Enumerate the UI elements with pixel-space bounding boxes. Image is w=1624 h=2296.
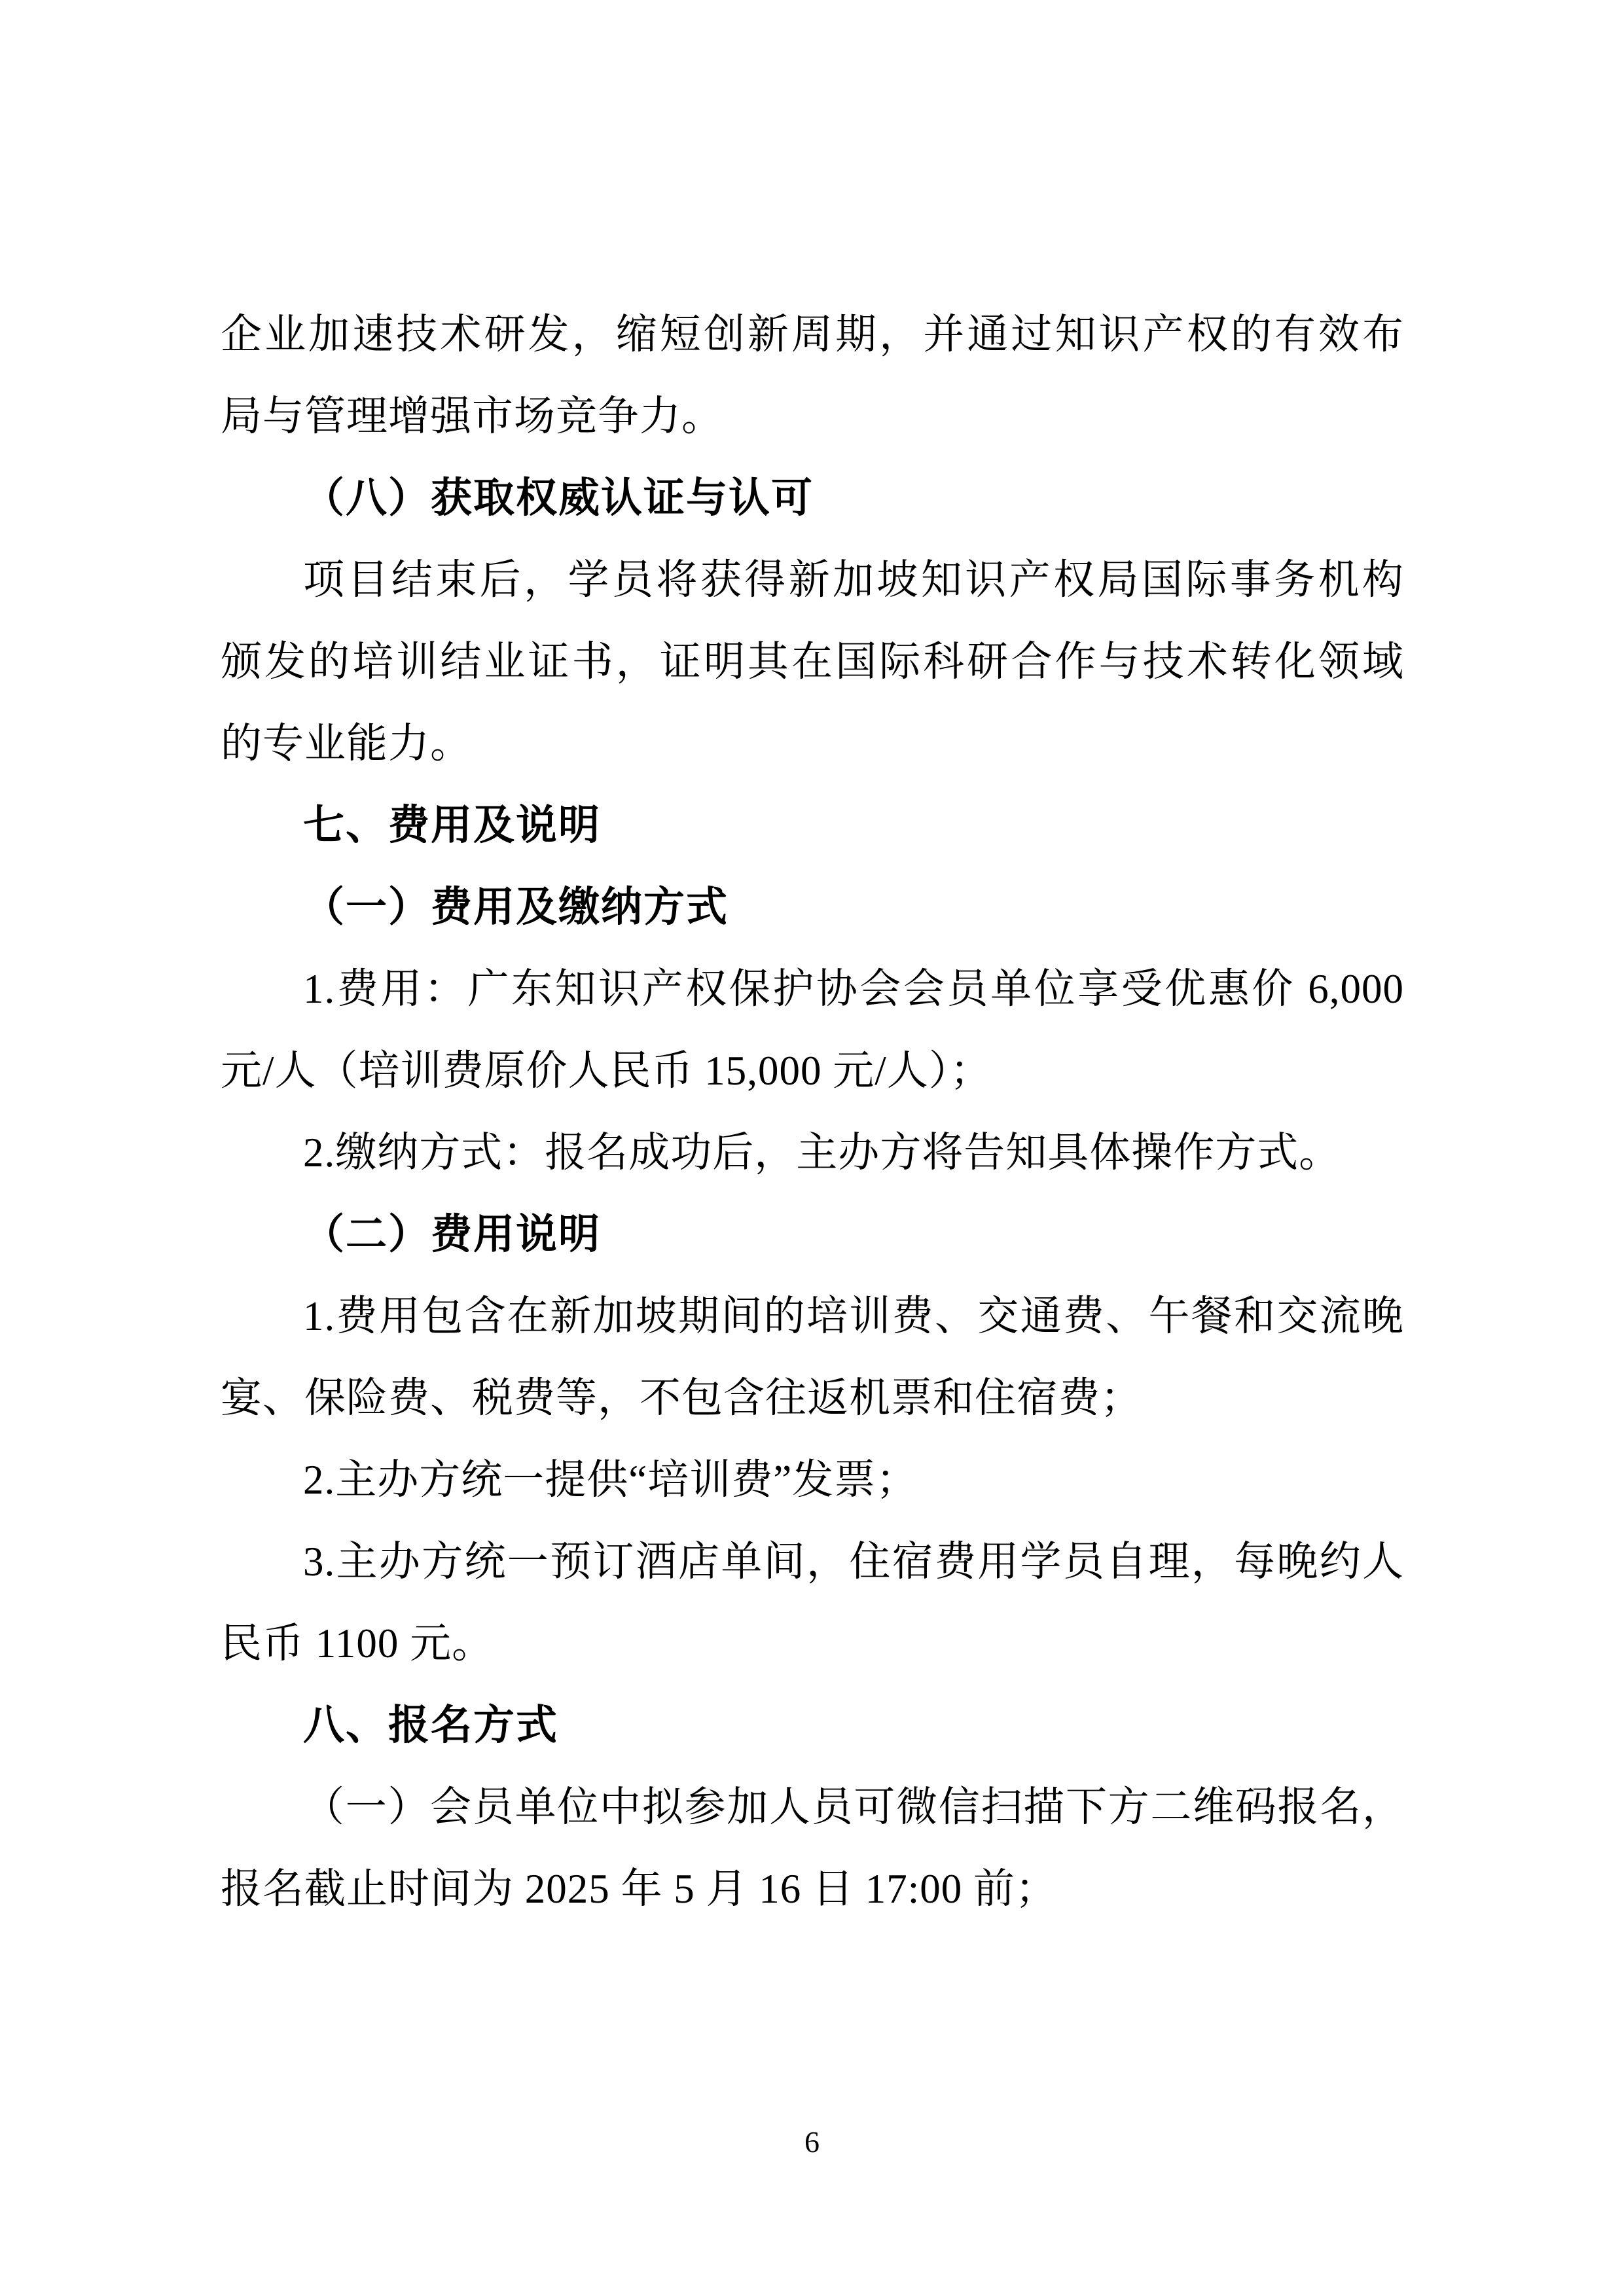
text-line: 宴、保险费、税费等，不包含往返机票和住宿费； — [221, 1357, 1404, 1439]
text-line: 3.主办方统一预订酒店单间，住宿费用学员自理，每晚约人 — [221, 1521, 1404, 1603]
text-line: 局与管理增强市场竞争力。 — [221, 376, 1404, 457]
text-line: （一）会员单位中拟参加人员可微信扫描下方二维码报名， — [221, 1767, 1404, 1848]
text-line: 2.主办方统一提供“培训费”发票； — [221, 1439, 1404, 1521]
text-line: （一）费用及缴纳方式 — [221, 867, 1404, 948]
text-line: （八）获取权威认证与认可 — [221, 457, 1404, 539]
text-line: 报名截止时间为 2025 年 5 月 16 日 17:00 前； — [221, 1848, 1404, 1930]
text-line: 民币 1100 元。 — [221, 1603, 1404, 1685]
document-body: 企业加速技术研发，缩短创新周期，并通过知识产权的有效布局与管理增强市场竞争力。（… — [221, 294, 1404, 1930]
text-line: 2.缴纳方式：报名成功后，主办方将告知具体操作方式。 — [221, 1112, 1404, 1194]
text-line: 颁发的培训结业证书，证明其在国际科研合作与技术转化领域 — [221, 621, 1404, 703]
text-line: 八、报名方式 — [221, 1685, 1404, 1767]
text-line: 1.费用：广东知识产权保护协会会员单位享受优惠价 6,000 — [221, 948, 1404, 1030]
text-line: 七、费用及说明 — [221, 785, 1404, 867]
text-line: 的专业能力。 — [221, 703, 1404, 785]
text-line: 项目结束后，学员将获得新加坡知识产权局国际事务机构 — [221, 539, 1404, 621]
text-line: 企业加速技术研发，缩短创新周期，并通过知识产权的有效布 — [221, 294, 1404, 376]
document-page: 企业加速技术研发，缩短创新周期，并通过知识产权的有效布局与管理增强市场竞争力。（… — [0, 0, 1624, 2296]
page-number: 6 — [0, 2119, 1624, 2165]
text-line: 1.费用包含在新加坡期间的培训费、交通费、午餐和交流晚 — [221, 1276, 1404, 1357]
text-line: （二）费用说明 — [221, 1194, 1404, 1276]
text-line: 元/人（培训费原价人民币 15,000 元/人）； — [221, 1030, 1404, 1112]
